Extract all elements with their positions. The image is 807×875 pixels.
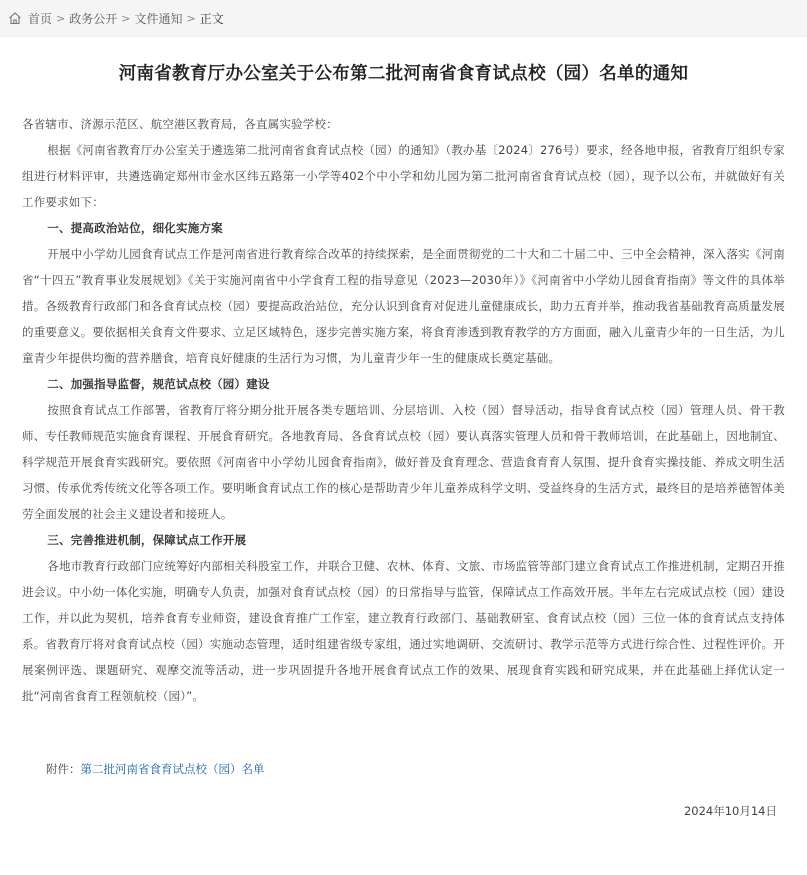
article: 河南省教育厅办公室关于公布第二批河南省食育试点校（园）名单的通知 各省辖市、济源…	[0, 59, 807, 819]
salutation: 各省辖市、济源示范区、航空港区教育局，各直属实验学校：	[22, 111, 785, 137]
section-heading-3: 三、完善推进机制，保障试点工作开展	[22, 527, 785, 553]
section-body-1: 开展中小学幼儿园食育试点工作是河南省进行教育综合改革的持续探索，是全面贯彻党的二…	[22, 241, 785, 371]
breadcrumb-separator: >	[121, 12, 130, 25]
breadcrumb-government-affairs[interactable]: 政务公开	[69, 10, 117, 27]
breadcrumb-file-notices[interactable]: 文件通知	[134, 10, 182, 27]
breadcrumb: 首页 > 政务公开 > 文件通知 > 正文	[0, 0, 807, 37]
publish-date: 2024年10月14日	[22, 803, 785, 819]
breadcrumb-separator: >	[186, 12, 195, 25]
breadcrumb-home[interactable]: 首页	[28, 10, 52, 27]
section-body-2: 按照食育试点工作部署，省教育厅将分期分批开展各类专题培训、分层培训、入校（园）督…	[22, 397, 785, 527]
attachment: 附件：第二批河南省食育试点校（园）名单	[22, 759, 785, 779]
breadcrumb-current: 正文	[200, 10, 224, 27]
section-body-3: 各地市教育行政部门应统筹好内部相关科股室工作，并联合卫健、农林、体育、文旅、市场…	[22, 553, 785, 709]
attachment-link[interactable]: 第二批河南省食育试点校（园）名单	[81, 762, 265, 776]
breadcrumb-separator: >	[56, 12, 65, 25]
section-heading-1: 一、提高政治站位，细化实施方案	[22, 215, 785, 241]
page-title: 河南省教育厅办公室关于公布第二批河南省食育试点校（园）名单的通知	[22, 59, 785, 89]
section-heading-2: 二、加强指导监督，规范试点校（园）建设	[22, 371, 785, 397]
attachment-label: 附件：	[46, 762, 81, 776]
article-content: 各省辖市、济源示范区、航空港区教育局，各直属实验学校： 根据《河南省教育厅办公室…	[22, 111, 785, 709]
intro-paragraph: 根据《河南省教育厅办公室关于遴选第二批河南省食育试点校（园）的通知》（教办基〔2…	[22, 137, 785, 215]
home-icon[interactable]	[8, 11, 22, 25]
